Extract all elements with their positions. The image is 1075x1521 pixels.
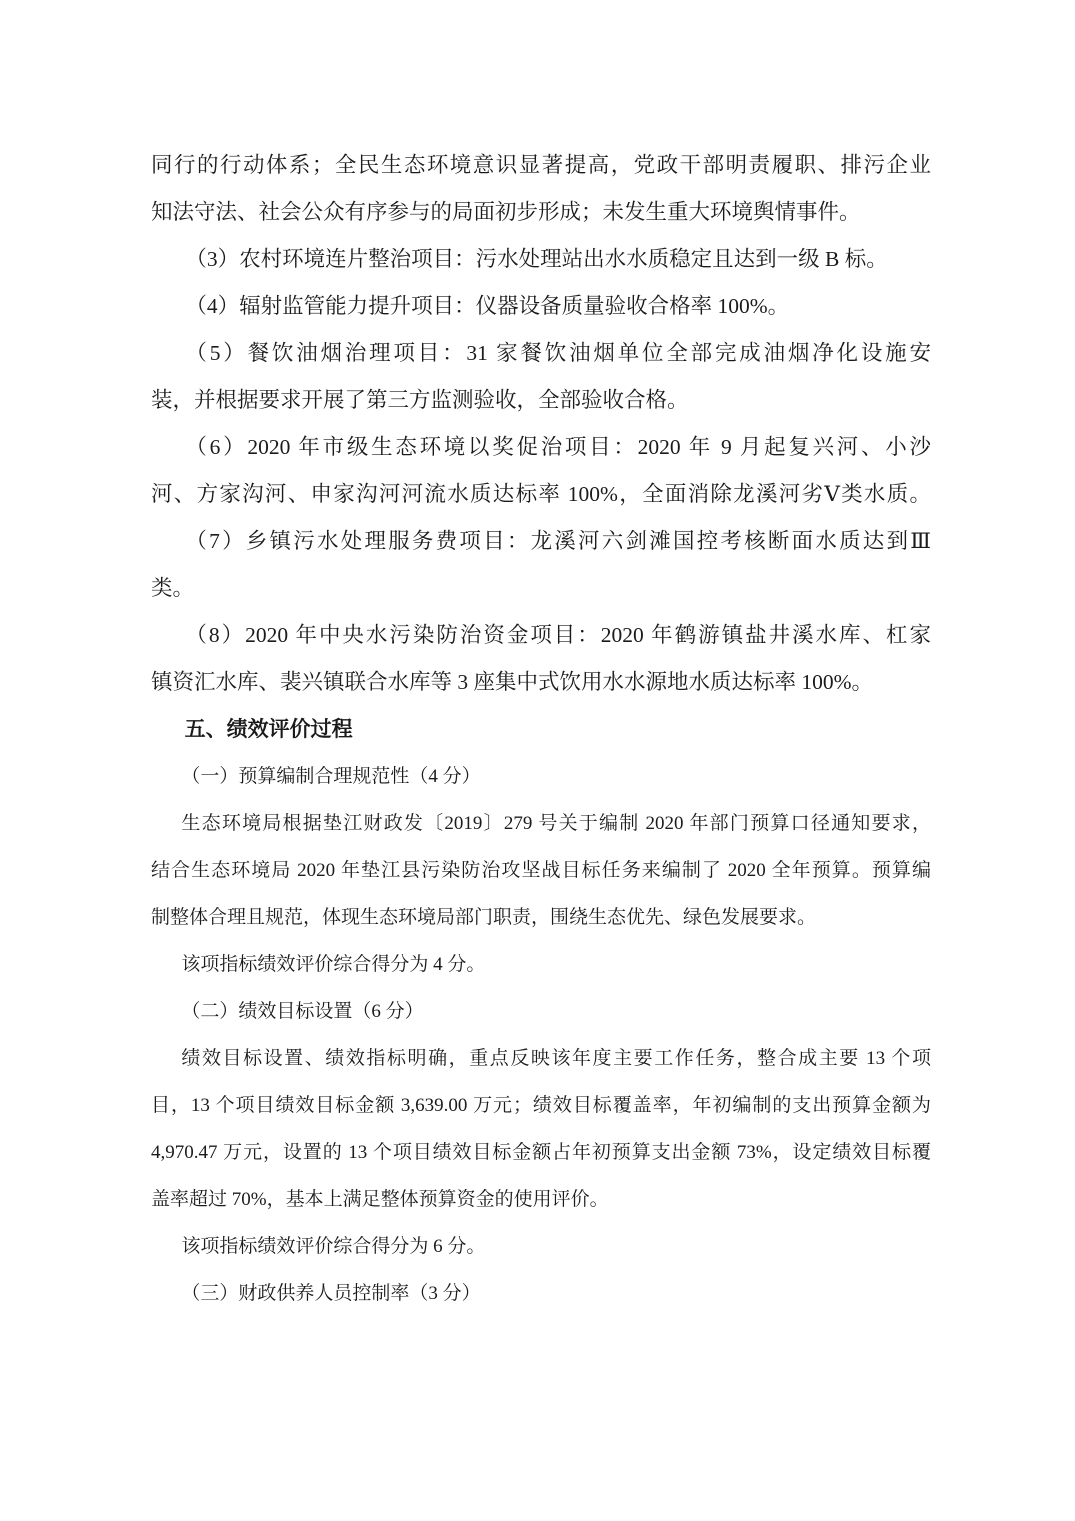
text-line: 结合生态环境局 2020 年垫江县污染防治攻坚战目标任务来编制了 2020 全年… (151, 847, 931, 894)
text-line: 绩效目标设置、绩效指标明确，重点反映该年度主要工作任务，整合成主要 13 个项 (151, 1035, 931, 1082)
text-line: 生态环境局根据垫江财政发〔2019〕279 号关于编制 2020 年部门预算口径… (151, 800, 931, 847)
text-line: 制整体合理且规范，体现生态环境局部门职责，围绕生态优先、绿色发展要求。 (151, 894, 931, 941)
text-line: 知法守法、社会公众有序参与的局面初步形成；未发生重大环境舆情事件。 (151, 189, 931, 236)
text-line: （4）辐射监管能力提升项目：仪器设备质量验收合格率 100%。 (151, 283, 931, 330)
text-line: （3）农村环境连片整治项目：污水处理站出水水质稳定且达到一级 B 标。 (151, 236, 931, 283)
document-page: 同行的行动体系；全民生态环境意识显著提高，党政干部明责履职、排污企业知法守法、社… (0, 0, 1075, 1521)
section-heading: 五、绩效评价过程 (151, 706, 931, 753)
text-line: 目，13 个项目绩效目标金额 3,639.00 万元；绩效目标覆盖率，年初编制的… (151, 1082, 931, 1129)
text-line: （7）乡镇污水处理服务费项目：龙溪河六剑滩国控考核断面水质达到Ⅲ (151, 518, 931, 565)
text-line: 该项指标绩效评价综合得分为 4 分。 (151, 941, 931, 988)
text-line: 同行的行动体系；全民生态环境意识显著提高，党政干部明责履职、排污企业 (151, 142, 931, 189)
text-line: （三）财政供养人员控制率（3 分） (151, 1270, 931, 1317)
text-line: （二）绩效目标设置（6 分） (151, 988, 931, 1035)
text-line: 装，并根据要求开展了第三方监测验收，全部验收合格。 (151, 377, 931, 424)
text-line: 河、方家沟河、申家沟河河流水质达标率 100%，全面消除龙溪河劣Ⅴ类水质。 (151, 471, 931, 518)
text-line: （8）2020 年中央水污染防治资金项目：2020 年鹤游镇盐井溪水库、杠家 (151, 612, 931, 659)
text-line: 类。 (151, 565, 931, 612)
text-line: 4,970.47 万元，设置的 13 个项目绩效目标金额占年初预算支出金额 73… (151, 1129, 931, 1176)
text-line: 该项指标绩效评价综合得分为 6 分。 (151, 1223, 931, 1270)
text-line: 镇资汇水库、裴兴镇联合水库等 3 座集中式饮用水水源地水质达标率 100%。 (151, 659, 931, 706)
text-line: （一）预算编制合理规范性（4 分） (151, 753, 931, 800)
text-line: 盖率超过 70%，基本上满足整体预算资金的使用评价。 (151, 1176, 931, 1223)
text-line: （5）餐饮油烟治理项目：31 家餐饮油烟单位全部完成油烟净化设施安 (151, 330, 931, 377)
document-body: 同行的行动体系；全民生态环境意识显著提高，党政干部明责履职、排污企业知法守法、社… (151, 142, 931, 1317)
text-line: （6）2020 年市级生态环境以奖促治项目：2020 年 9 月起复兴河、小沙 (151, 424, 931, 471)
